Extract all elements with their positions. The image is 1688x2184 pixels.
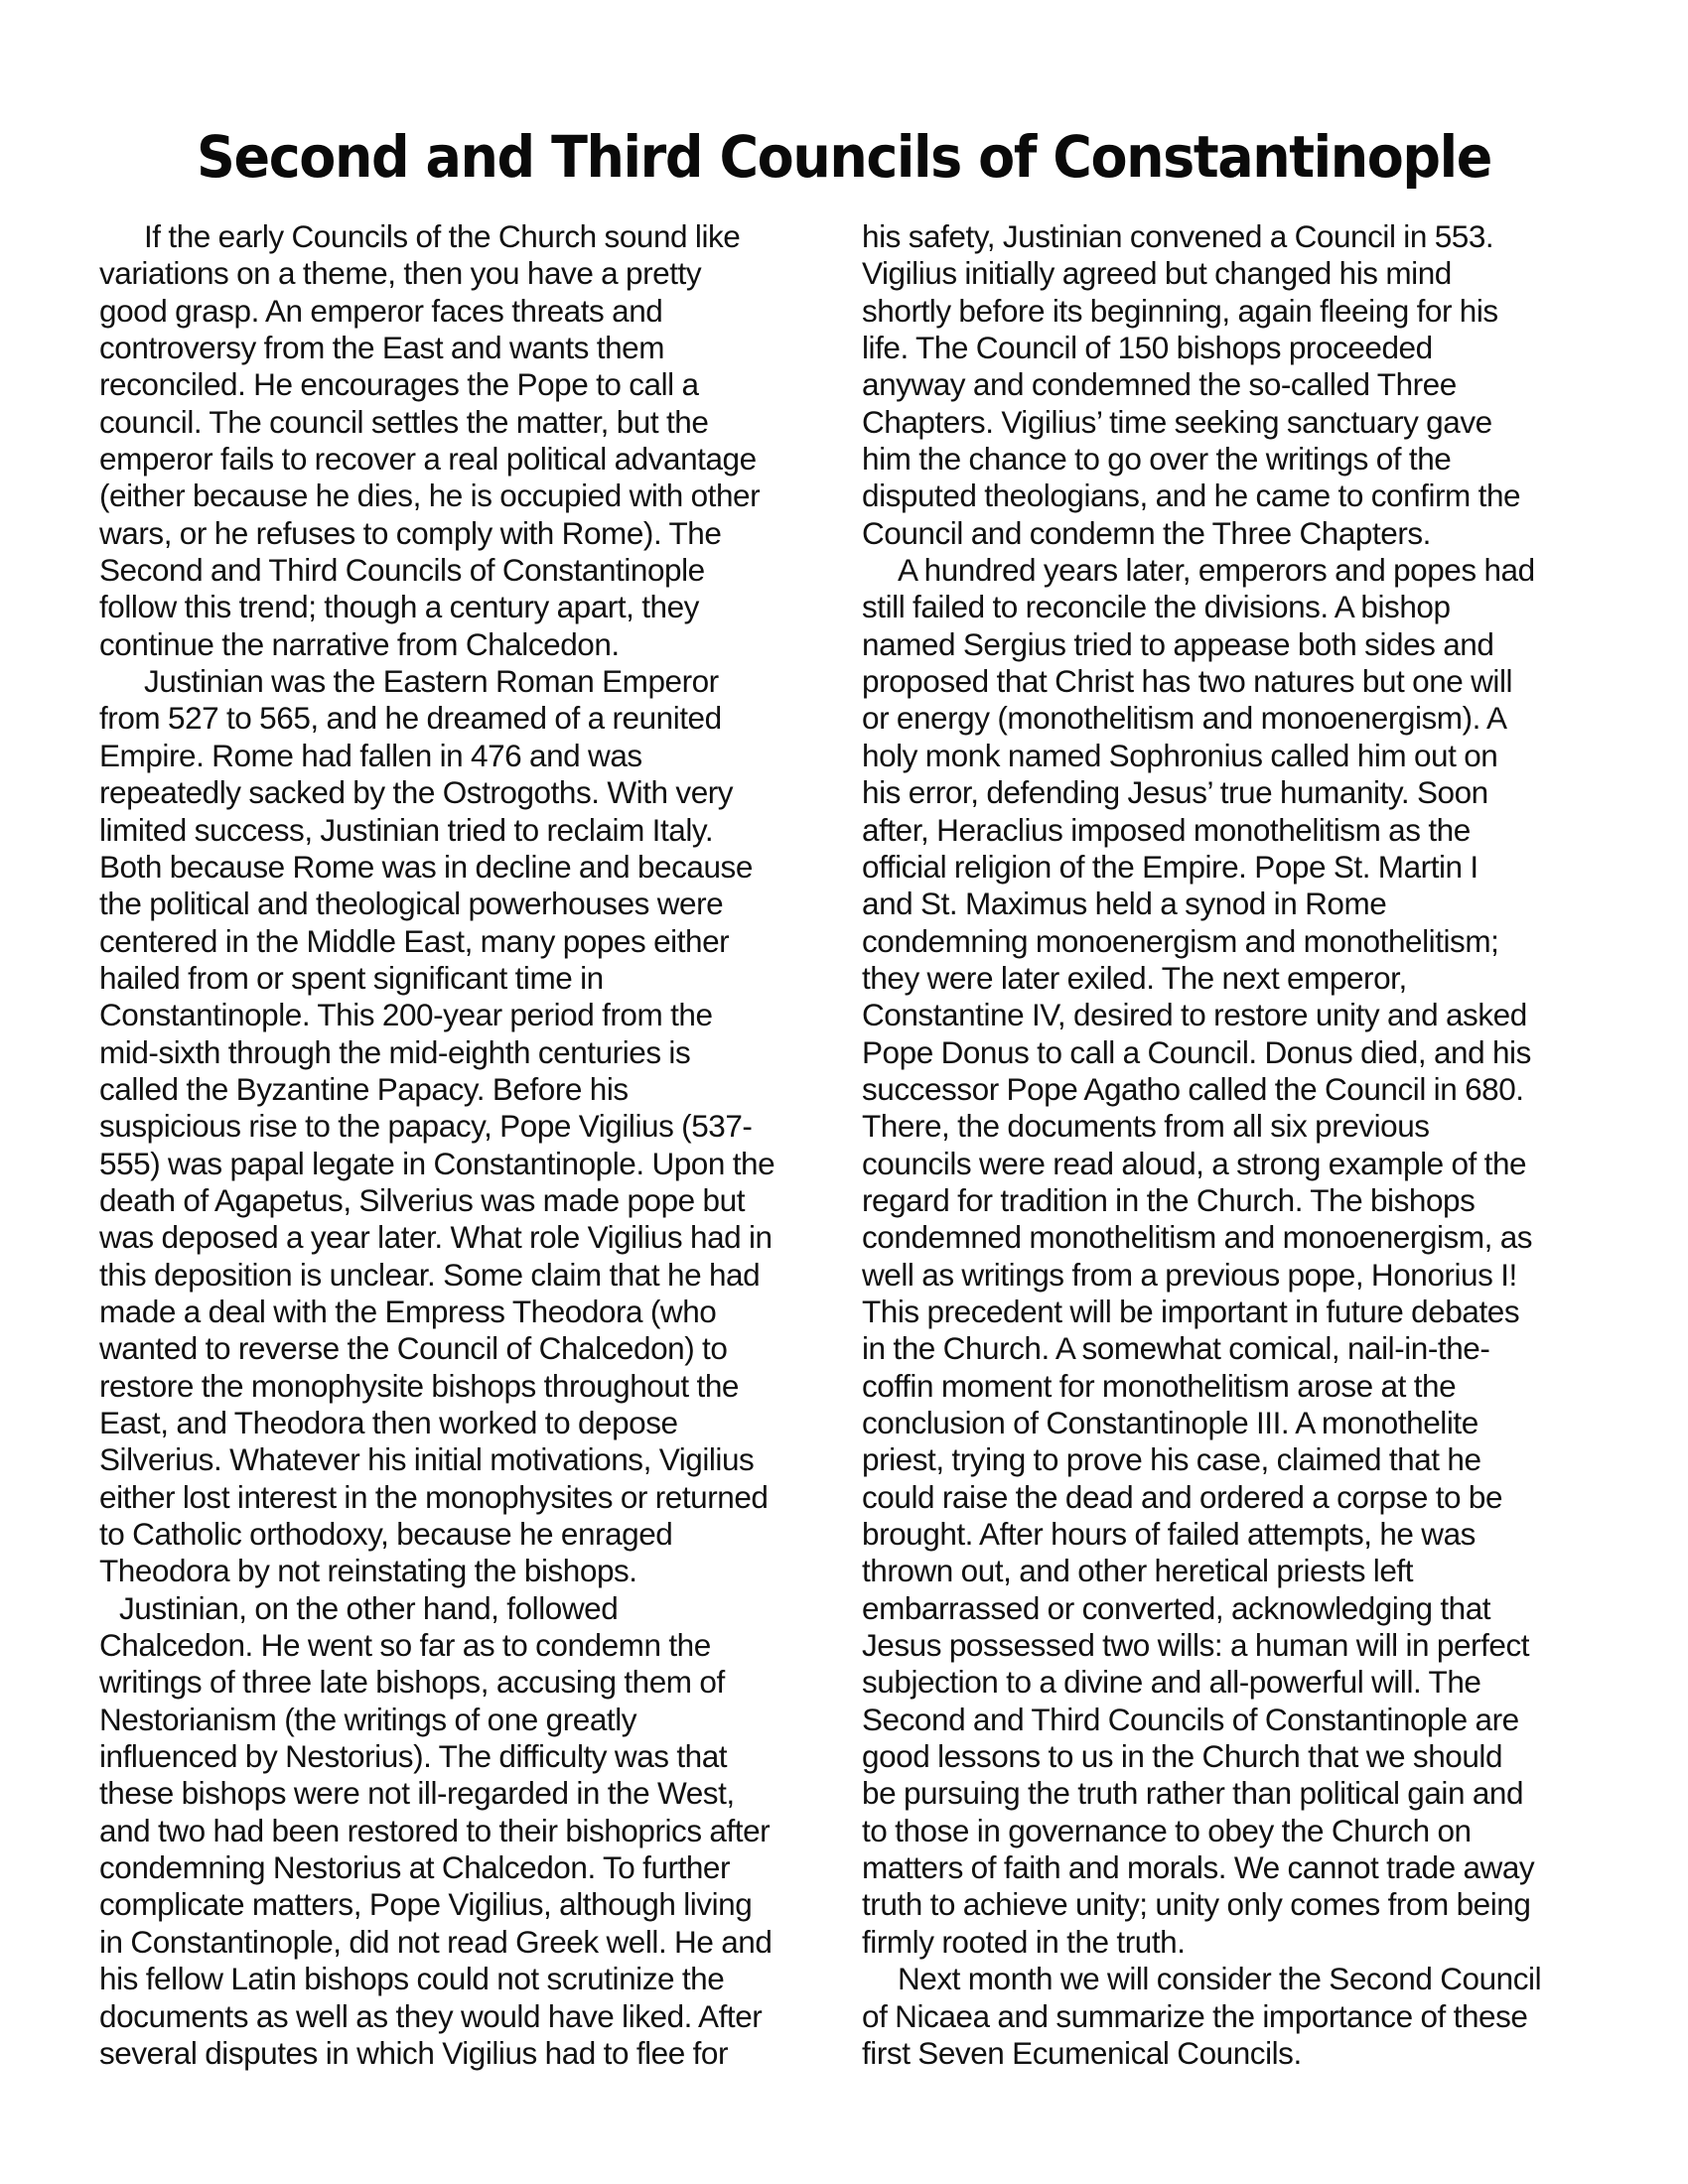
paragraph-line: Second and Third Councils of Constantino… (99, 552, 839, 589)
paragraph-line: successor Pope Agatho called the Council… (862, 1071, 1602, 1108)
paragraph-line: his safety, Justinian convened a Council… (862, 218, 1602, 255)
paragraph-line: the political and theological powerhouse… (99, 886, 839, 922)
paragraph-line: well as writings from a previous pope, H… (862, 1257, 1602, 1294)
paragraph-line: good lessons to us in the Church that we… (862, 1738, 1602, 1775)
paragraph-line: limited success, Justinian tried to recl… (99, 812, 839, 849)
paragraph-line: Next month we will consider the Second C… (862, 1961, 1602, 1997)
paragraph-line: after, Heraclius imposed monothelitism a… (862, 812, 1602, 849)
paragraph-line: Constantinople. This 200-year period fro… (99, 997, 839, 1033)
paragraph-line: and two had been restored to their bisho… (99, 1813, 839, 1849)
paragraph-line: mid-sixth through the mid-eighth centuri… (99, 1034, 839, 1071)
paragraph-line: If the early Councils of the Church soun… (99, 218, 839, 255)
paragraph-line: Chalcedon. He went so far as to condemn … (99, 1627, 839, 1664)
paragraph-line: of Nicaea and summarize the importance o… (862, 1998, 1602, 2035)
paragraph-line: coffin moment for monothelitism arose at… (862, 1368, 1602, 1405)
paragraph-line: restore the monophysite bishops througho… (99, 1368, 839, 1405)
paragraph-line: influenced by Nestorius). The difficulty… (99, 1738, 839, 1775)
paragraph-line: in Constantinople, did not read Greek we… (99, 1924, 839, 1961)
paragraph-line: This precedent will be important in futu… (862, 1294, 1602, 1330)
right-column: his safety, Justinian convened a Council… (862, 218, 1602, 2072)
paragraph-line: A hundred years later, emperors and pope… (862, 552, 1602, 589)
paragraph-line: in the Church. A somewhat comical, nail-… (862, 1330, 1602, 1367)
paragraph-line: thrown out, and other heretical priests … (862, 1553, 1602, 1589)
paragraph-line: truth to achieve unity; unity only comes… (862, 1886, 1602, 1923)
paragraph-line: There, the documents from all six previo… (862, 1108, 1602, 1145)
paragraph-line: and St. Maximus held a synod in Rome (862, 886, 1602, 922)
paragraph-line: to those in governance to obey the Churc… (862, 1813, 1602, 1849)
paragraph-line: condemned monothelitism and monoenergism… (862, 1219, 1602, 1256)
paragraph-line: council. The council settles the matter,… (99, 404, 839, 441)
paragraph-line: hailed from or spent significant time in (99, 960, 839, 997)
paragraph-line: repeatedly sacked by the Ostrogoths. Wit… (99, 774, 839, 811)
paragraph-line: embarrassed or converted, acknowledging … (862, 1590, 1602, 1627)
paragraph-line: official religion of the Empire. Pope St… (862, 849, 1602, 886)
paragraph-line: was deposed a year later. What role Vigi… (99, 1219, 839, 1256)
paragraph-line: this deposition is unclear. Some claim t… (99, 1257, 839, 1294)
paragraph-line: still failed to reconcile the divisions.… (862, 589, 1602, 625)
paragraph-line: documents as well as they would have lik… (99, 1998, 839, 2035)
paragraph-line: called the Byzantine Papacy. Before his (99, 1071, 839, 1108)
page-title: Second and Third Councils of Constantino… (60, 117, 1629, 197)
paragraph-line: his fellow Latin bishops could not scrut… (99, 1961, 839, 1997)
paragraph-line: Justinian, on the other hand, followed (99, 1590, 839, 1627)
paragraph-line: brought. After hours of failed attempts,… (862, 1516, 1602, 1553)
paragraph-line: Both because Rome was in decline and bec… (99, 849, 839, 886)
paragraph-line: Theodora by not reinstating the bishops. (99, 1553, 839, 1589)
paragraph-line: conclusion of Constantinople III. A mono… (862, 1405, 1602, 1441)
paragraph-line: could raise the dead and ordered a corps… (862, 1479, 1602, 1516)
paragraph-line: good grasp. An emperor faces threats and (99, 293, 839, 330)
paragraph-line: named Sergius tried to appease both side… (862, 626, 1602, 663)
paragraph-line: continue the narrative from Chalcedon. (99, 626, 839, 663)
paragraph-line: to Catholic orthodoxy, because he enrage… (99, 1516, 839, 1553)
paragraph-line: made a deal with the Empress Theodora (w… (99, 1294, 839, 1330)
paragraph-line: proposed that Christ has two natures but… (862, 663, 1602, 700)
paragraph-line: condemning monoenergism and monothelitis… (862, 923, 1602, 960)
paragraph-line: Nestorianism (the writings of one greatl… (99, 1702, 839, 1738)
paragraph-line: life. The Council of 150 bishops proceed… (862, 330, 1602, 366)
paragraph-line: Second and Third Councils of Constantino… (862, 1702, 1602, 1738)
paragraph-line: holy monk named Sophronius called him ou… (862, 738, 1602, 774)
paragraph-line: Empire. Rome had fallen in 476 and was (99, 738, 839, 774)
paragraph-line: be pursuing the truth rather than politi… (862, 1775, 1602, 1812)
paragraph-line: Constantine IV, desired to restore unity… (862, 997, 1602, 1033)
paragraph-line: matters of faith and morals. We cannot t… (862, 1849, 1602, 1886)
paragraph-line: disputed theologians, and he came to con… (862, 478, 1602, 514)
paragraph-line: Pope Donus to call a Council. Donus died… (862, 1034, 1602, 1071)
paragraph-line: emperor fails to recover a real politica… (99, 441, 839, 478)
paragraph-line: centered in the Middle East, many popes … (99, 923, 839, 960)
paragraph-line: his error, defending Jesus’ true humanit… (862, 774, 1602, 811)
paragraph-line: councils were read aloud, a strong examp… (862, 1146, 1602, 1182)
paragraph-line: Silverius. Whatever his initial motivati… (99, 1441, 839, 1478)
paragraph-line: from 527 to 565, and he dreamed of a reu… (99, 700, 839, 737)
paragraph-line: condemning Nestorius at Chalcedon. To fu… (99, 1849, 839, 1886)
paragraph-line: death of Agapetus, Silverius was made po… (99, 1182, 839, 1219)
paragraph-line: either lost interest in the monophysites… (99, 1479, 839, 1516)
paragraph-line: variations on a theme, then you have a p… (99, 255, 839, 292)
paragraph-line: Chapters. Vigilius’ time seeking sanctua… (862, 404, 1602, 441)
paragraph-line: these bishops were not ill-regarded in t… (99, 1775, 839, 1812)
paragraph-line: regard for tradition in the Church. The … (862, 1182, 1602, 1219)
paragraph-line: shortly before its beginning, again flee… (862, 293, 1602, 330)
paragraph-line: Justinian was the Eastern Roman Emperor (99, 663, 839, 700)
paragraph-line: reconciled. He encourages the Pope to ca… (99, 366, 839, 403)
paragraph-line: they were later exiled. The next emperor… (862, 960, 1602, 997)
paragraph-line: wars, or he refuses to comply with Rome)… (99, 515, 839, 552)
paragraph-line: Vigilius initially agreed but changed hi… (862, 255, 1602, 292)
paragraph-line: controversy from the East and wants them (99, 330, 839, 366)
paragraph-line: priest, trying to prove his case, claime… (862, 1441, 1602, 1478)
paragraph-line: or energy (monothelitism and monoenergis… (862, 700, 1602, 737)
paragraph-line: Council and condemn the Three Chapters. (862, 515, 1602, 552)
paragraph-line: (either because he dies, he is occupied … (99, 478, 839, 514)
left-column: If the early Councils of the Church soun… (99, 218, 839, 2072)
paragraph-line: suspicious rise to the papacy, Pope Vigi… (99, 1108, 839, 1145)
paragraph-line: complicate matters, Pope Vigilius, altho… (99, 1886, 839, 1923)
paragraph-line: 555) was papal legate in Constantinople.… (99, 1146, 839, 1182)
paragraph-line: subjection to a divine and all-powerful … (862, 1664, 1602, 1701)
paragraph-line: firmly rooted in the truth. (862, 1924, 1602, 1961)
paragraph-line: first Seven Ecumenical Councils. (862, 2035, 1602, 2072)
paragraph-line: wanted to reverse the Council of Chalced… (99, 1330, 839, 1367)
paragraph-line: anyway and condemned the so-called Three (862, 366, 1602, 403)
paragraph-line: East, and Theodora then worked to depose (99, 1405, 839, 1441)
paragraph-line: him the chance to go over the writings o… (862, 441, 1602, 478)
paragraph-line: Jesus possessed two wills: a human will … (862, 1627, 1602, 1664)
paragraph-line: several disputes in which Vigilius had t… (99, 2035, 839, 2072)
paragraph-line: writings of three late bishops, accusing… (99, 1664, 839, 1701)
paragraph-line: follow this trend; though a century apar… (99, 589, 839, 625)
